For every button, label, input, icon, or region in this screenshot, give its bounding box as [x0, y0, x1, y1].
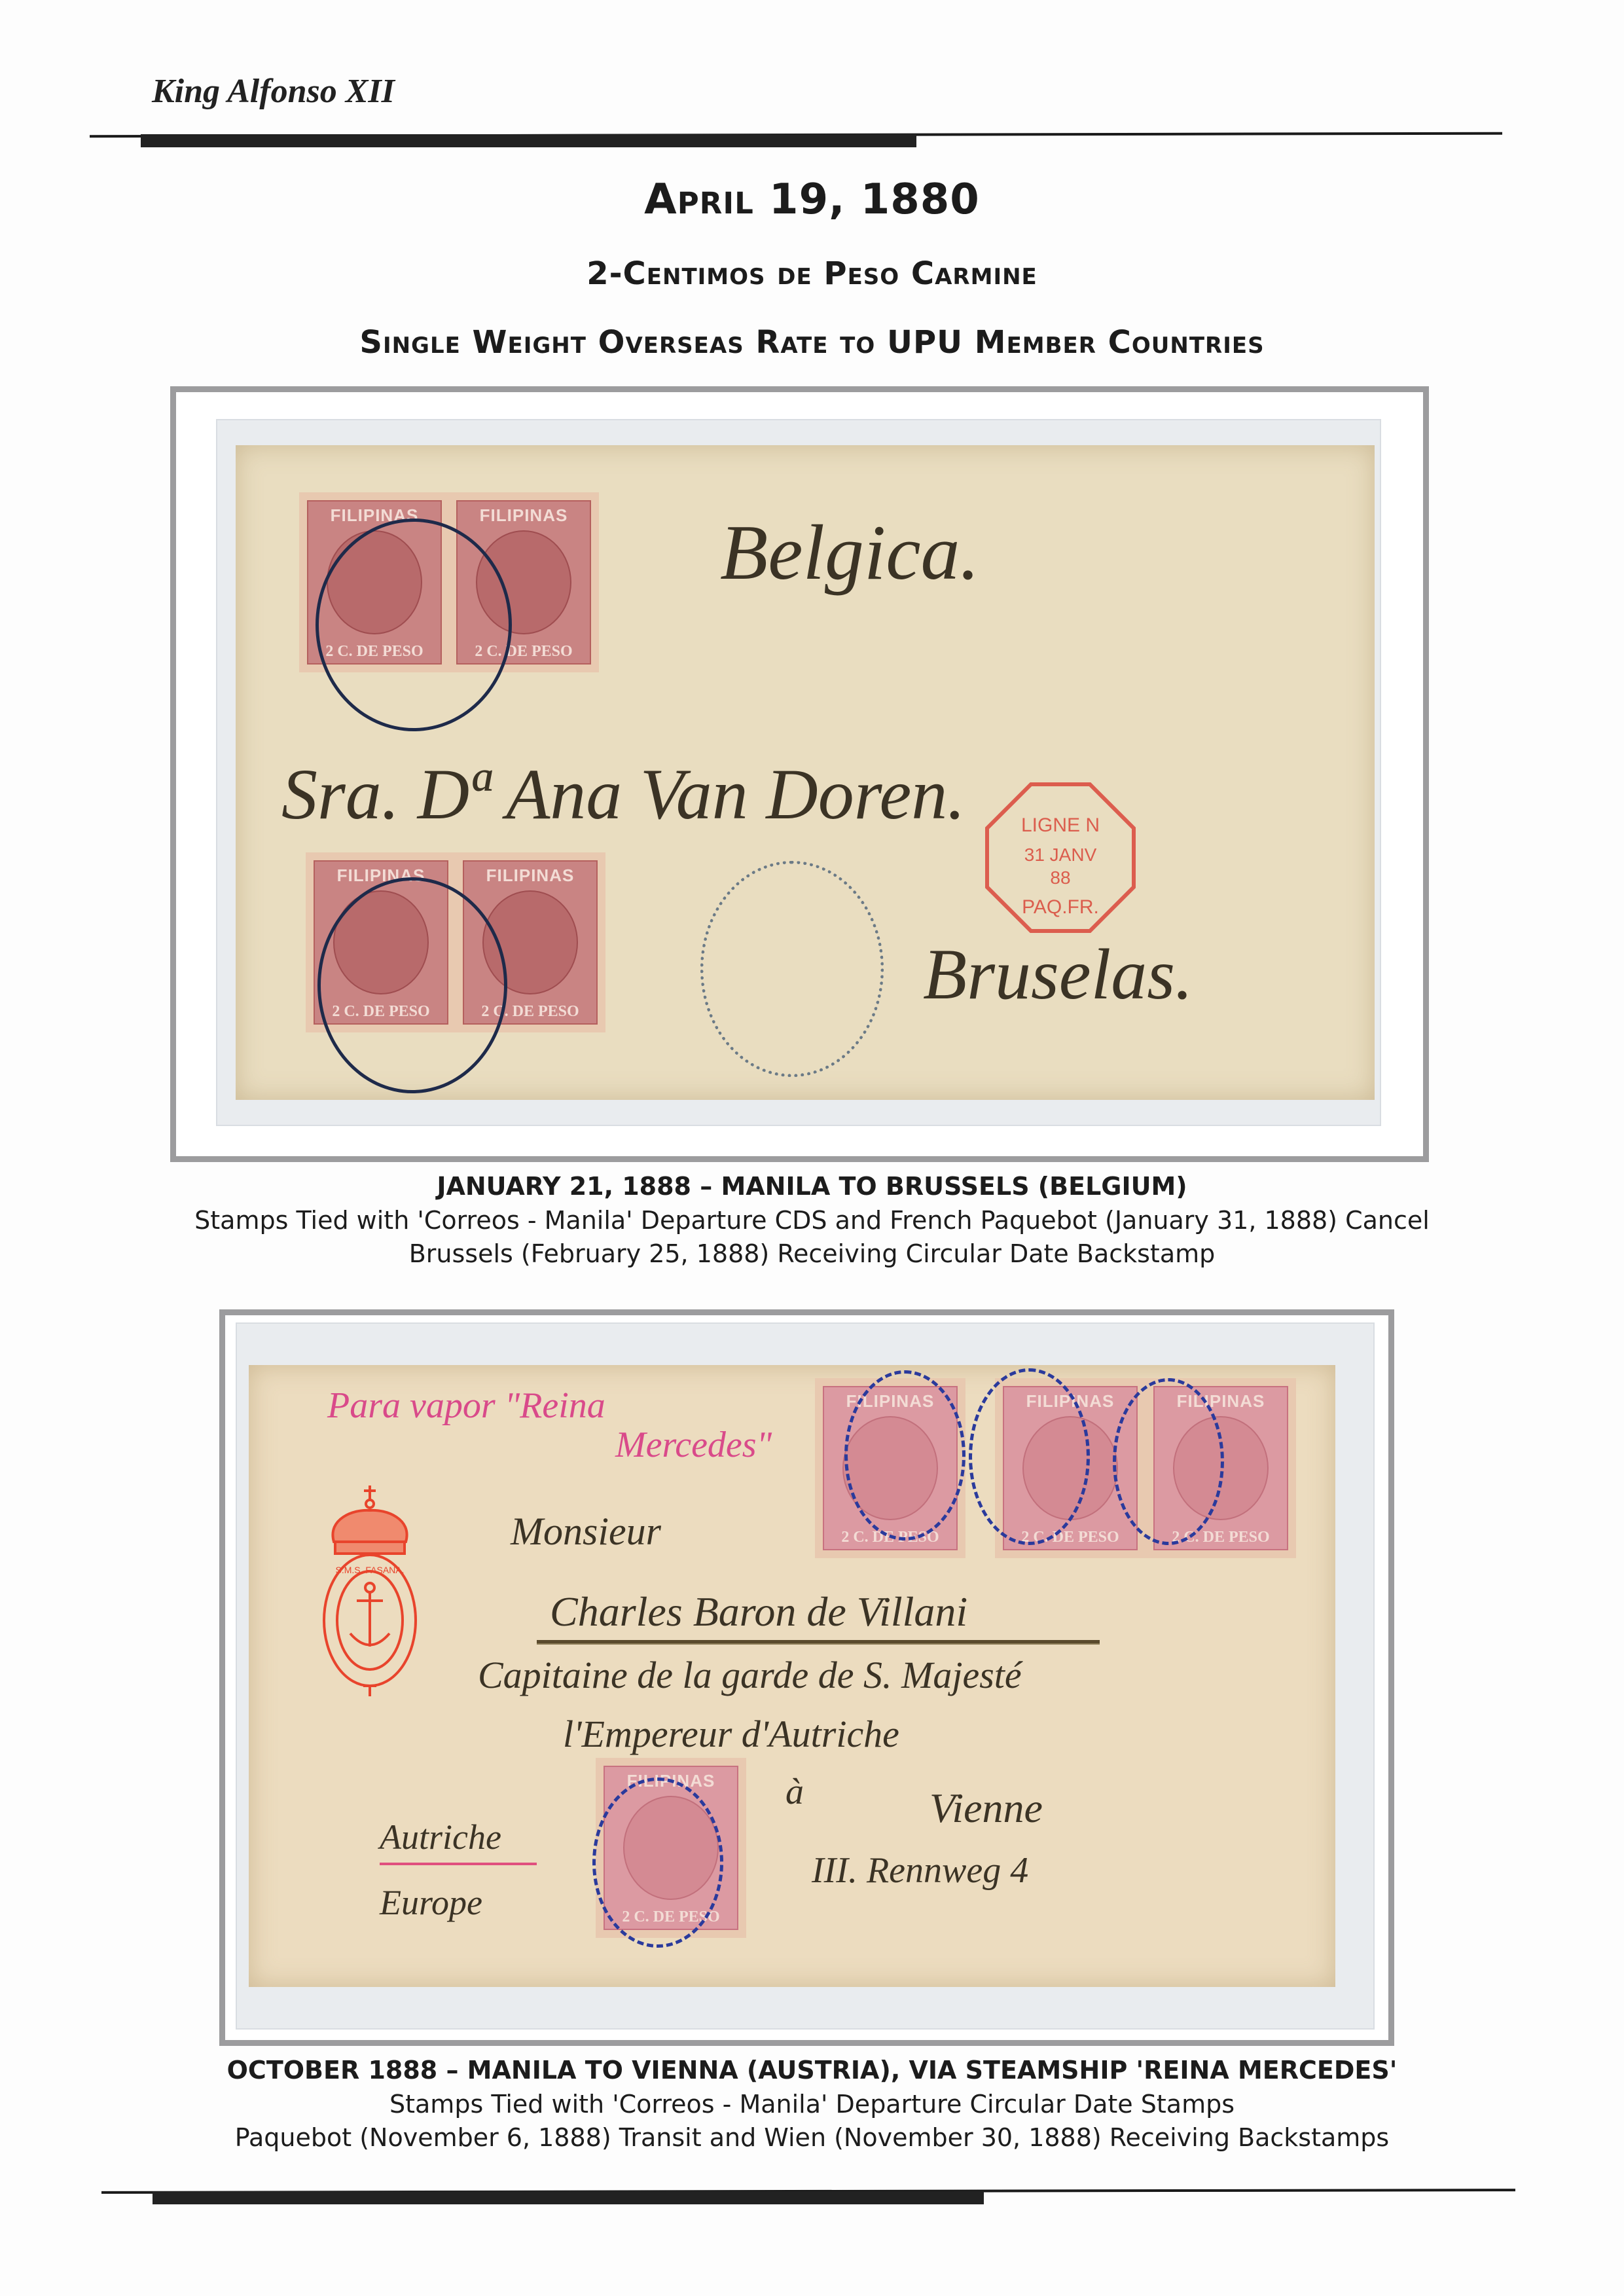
cover-1-caption-line-1: Stamps Tied with 'Correos - Manila' Depa… — [0, 1206, 1624, 1235]
footer-rule-thick — [153, 2191, 984, 2204]
address-salutation: Monsieur — [511, 1509, 661, 1554]
cover-1-caption-title: JANUARY 21, 1888 – MANILA TO BRUSSELS (B… — [0, 1172, 1624, 1201]
svg-text:S.M.S. FASANA.: S.M.S. FASANA. — [335, 1565, 404, 1575]
address-line-name: Sra. Dª Ana Van Doren. — [281, 753, 965, 836]
correos-manila-cancel-icon — [844, 1370, 965, 1540]
address-title-line-2: l'Empereur d'Autriche — [563, 1712, 899, 1756]
svg-text:31 JANV: 31 JANV — [1024, 845, 1097, 865]
svg-text:LIGNE N: LIGNE N — [1021, 814, 1100, 836]
side-note-country: Autriche — [380, 1817, 501, 1857]
page-title-date: April 19, 1880 — [0, 175, 1624, 224]
svg-text:88: 88 — [1050, 867, 1070, 888]
address-title-line-1: Capitaine de la garde de S. Majesté — [478, 1653, 1022, 1697]
side-note-underline — [380, 1863, 537, 1865]
correos-manila-cancel-icon — [317, 877, 507, 1093]
paquebot-octagon-cancel-icon: LIGNE N 31 JANV 88 PAQ.FR. — [982, 779, 1139, 936]
header-rule-thick — [141, 134, 916, 147]
ship-note-line-1: Para vapor "Reina — [327, 1385, 605, 1427]
correos-manila-cancel-icon — [969, 1368, 1090, 1545]
address-preposition: à — [785, 1771, 804, 1813]
sms-fasana-crest-icon: S.M.S. FASANA. — [314, 1483, 425, 1699]
ship-note-line-2: Mercedes" — [615, 1424, 772, 1466]
address-name-underline — [537, 1640, 1100, 1645]
correos-manila-cancel-icon — [316, 519, 512, 731]
cover-2-envelope[interactable]: Para vapor "Reina Mercedes" S.M.S. FASAN… — [249, 1365, 1335, 1987]
address-name: Charles Baron de Villani — [550, 1588, 967, 1636]
cover-2-caption-line-1: Stamps Tied with 'Correos - Manila' Depa… — [0, 2090, 1624, 2119]
album-page-header: King Alfonso XII — [152, 72, 395, 111]
correos-manila-cancel-icon — [1113, 1378, 1224, 1545]
svg-text:PAQ.FR.: PAQ.FR. — [1022, 896, 1099, 918]
address-street: III. Rennweg 4 — [812, 1850, 1028, 1891]
cover-2-caption-line-2: Paquebot (November 6, 1888) Transit and … — [0, 2123, 1624, 2152]
correos-manila-cancel-icon — [700, 861, 884, 1077]
cover-1-envelope[interactable]: FILIPINAS2 C. DE PESO FILIPINAS2 C. DE P… — [236, 445, 1375, 1100]
address-line-country: Belgica. — [720, 507, 980, 598]
cover-2-caption-title: OCTOBER 1888 – MANILA TO VIENNA (AUSTRIA… — [0, 2056, 1624, 2085]
page-subtitle-rate: Single Weight Overseas Rate to UPU Membe… — [0, 324, 1624, 361]
page-subtitle-stamp: 2-Centimos de Peso Carmine — [0, 255, 1624, 292]
side-note-region: Europe — [380, 1882, 482, 1923]
address-line-city: Bruselas. — [923, 933, 1193, 1016]
correos-manila-cancel-icon — [592, 1777, 723, 1948]
address-city: Vienne — [929, 1784, 1043, 1832]
cover-1-caption-line-2: Brussels (February 25, 1888) Receiving C… — [0, 1239, 1624, 1268]
